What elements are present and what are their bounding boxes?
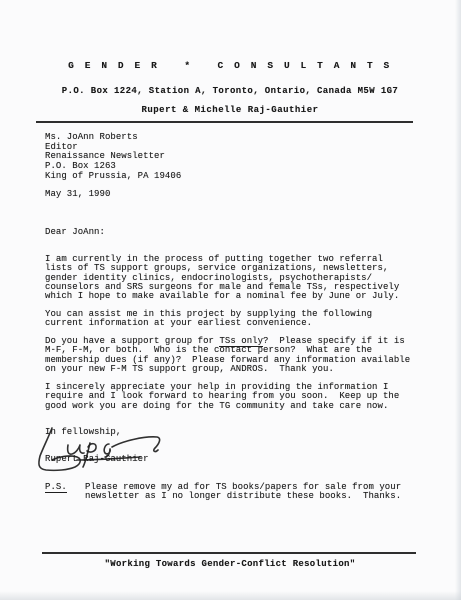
letter-page: G E N D E R * C O N S U L T A N T S P.O.… [0,0,461,600]
postscript-label: P.S. [45,483,67,493]
handwritten-signature [28,424,168,474]
body-paragraph-1: I am currently in the process of putting… [45,255,399,301]
recipient-address-block: Ms. JoAnn Roberts Editor Renaissance New… [45,133,181,182]
letterhead-organization: G E N D E R * C O N S U L T A N T S [30,61,430,70]
footer-motto: "Working Towards Gender-Conflict Resolut… [30,560,430,569]
body-paragraph-3: Do you have a support group for TSs only… [45,337,410,374]
letterhead-principals: Rupert & Michelle Raj-Gauthier [30,106,430,115]
body-paragraph-4: I sincerely appreciate your help in prov… [45,383,399,411]
body-paragraph-2: You can assist me in this project by sup… [45,310,372,329]
signed-name: Rupert Raj-Gauthier [45,455,149,464]
footer-divider [42,552,416,554]
letterhead-address: P.O. Box 1224, Station A, Toronto, Ontar… [30,87,430,96]
salutation: Dear JoAnn: [45,228,105,237]
letter-date: May 31, 1990 [45,190,110,199]
scan-edge-bottom [0,591,461,600]
scan-edge-right [455,0,461,600]
postscript-text: Please remove my ad for TS books/papers … [85,483,401,502]
letterhead-divider [36,121,413,123]
